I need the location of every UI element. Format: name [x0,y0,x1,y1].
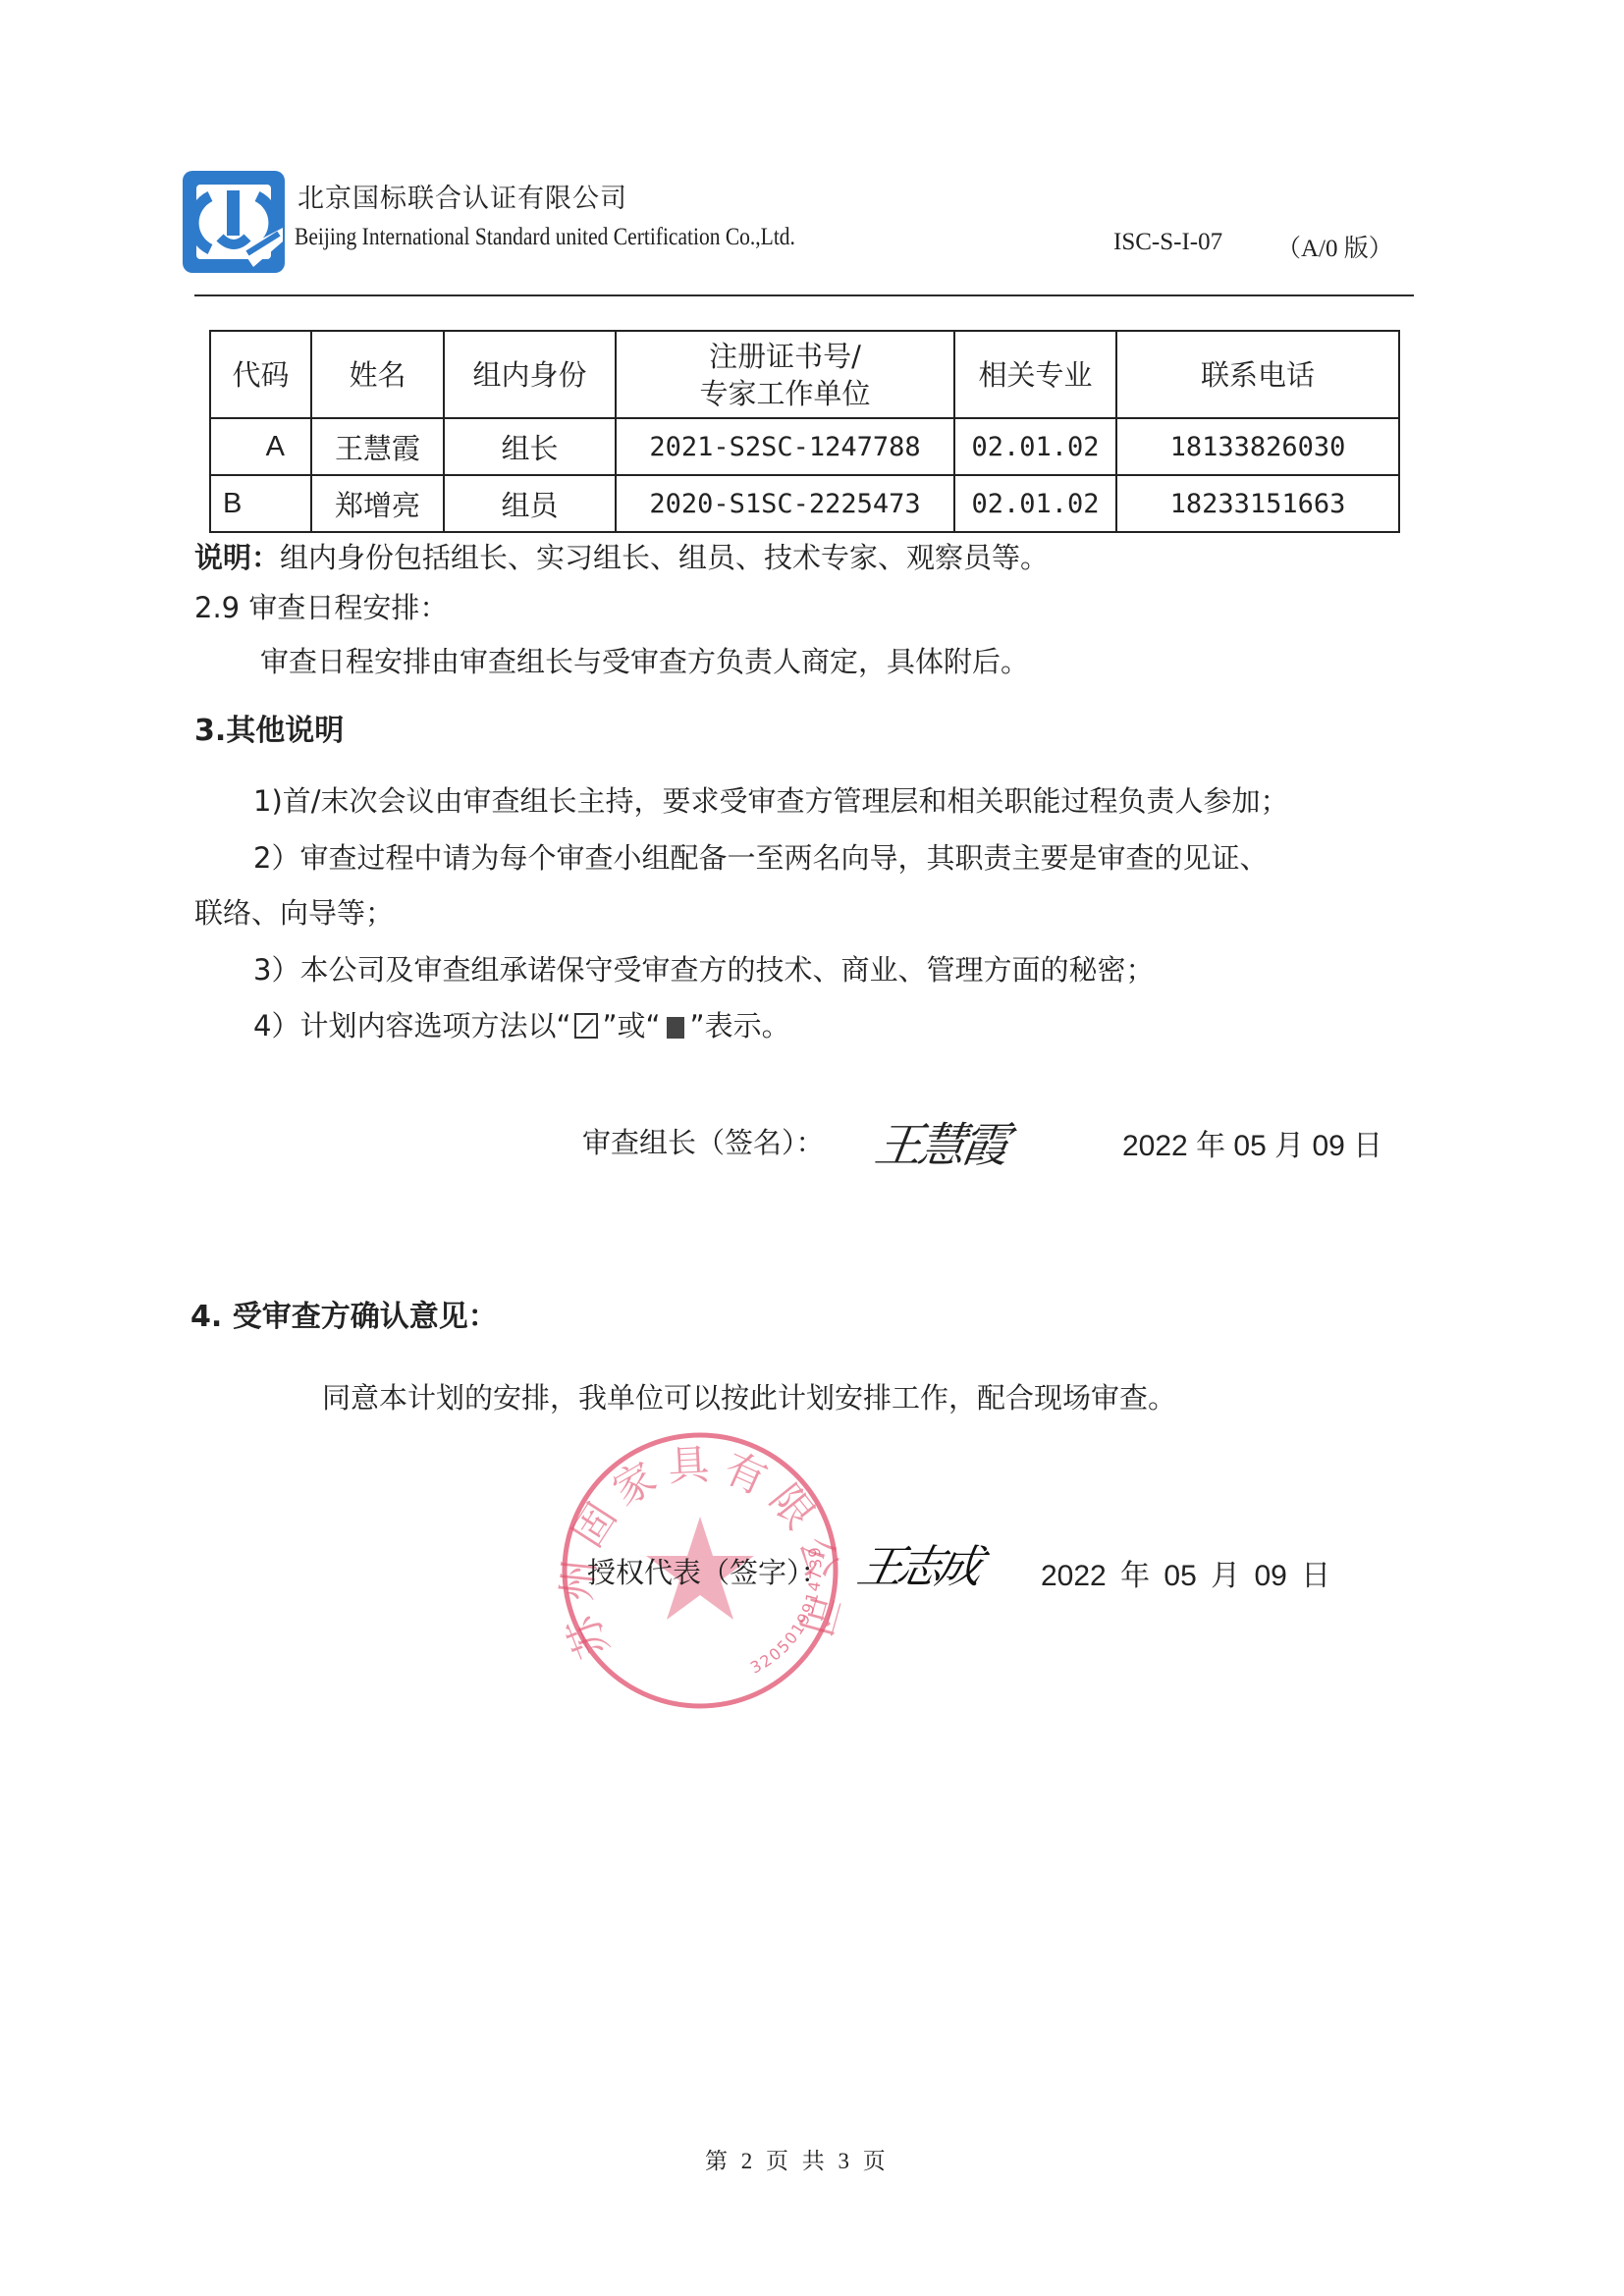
section-2-9-text: 审查日程安排由审查组长与受审查方负责人商定，具体附后。 [260,640,1029,680]
section-3-item-3: 3）本公司及审查组承诺保守受审查方的技术、商业、管理方面的秘密； [253,948,1154,988]
header-cert: 注册证书号/ 专家工作单位 [616,331,954,418]
section-2-9-title: 2.9 审查日程安排： [194,586,448,626]
header-divider [194,294,1414,296]
auditee-signature-date: 2022 年 05 月 09 日 [1041,1551,1330,1594]
cell-cert: 2021-S2SC-1247788 [616,418,954,475]
cell-code: A [210,418,311,475]
section-3-item-2-cont: 联络、向导等； [194,891,394,932]
section-3-item-4: 4）计划内容选项方法以“”或“”表示。 [253,1004,790,1044]
cell-specialty: 02.01.02 [954,418,1116,475]
leader-signature: 王慧霞 [871,1107,1010,1175]
cell-role: 组员 [444,475,616,532]
cell-phone: 18133826030 [1116,418,1399,475]
cell-specialty: 02.01.02 [954,475,1116,532]
audit-team-table: 代码 姓名 组内身份 注册证书号/ 专家工作单位 相关专业 联系电话 A 王慧霞… [209,330,1400,533]
table-row: B 郑增亮 组员 2020-S1SC-2225473 02.01.02 1823… [210,475,1399,532]
cell-cert: 2020-S1SC-2225473 [616,475,954,532]
header-role: 组内身份 [444,331,616,418]
header-cert-line2: 专家工作单位 [617,375,953,412]
document-version: （A/0 版） [1276,229,1393,264]
section-3-item-1: 1)首/末次会议由审查组长主持，要求受审查方管理层和相关职能过程负责人参加； [253,779,1289,820]
leader-signature-label: 审查组长（签名）： [582,1121,825,1161]
header-name: 姓名 [311,331,444,418]
leader-signature-date: 2022 年 05 月 09 日 [1122,1121,1382,1164]
header-phone: 联系电话 [1116,331,1399,418]
table-header-row: 代码 姓名 组内身份 注册证书号/ 专家工作单位 相关专业 联系电话 [210,331,1399,418]
note-label: 说明： [194,541,280,574]
company-name-cn: 北京国标联合认证有限公司 [298,177,627,215]
item4-suffix: ”表示。 [690,1009,790,1042]
cell-name: 郑增亮 [311,475,444,532]
filled-box-icon [667,1017,684,1039]
section-4-title: 4. 受审查方确认意见： [190,1292,498,1335]
cell-role: 组长 [444,418,616,475]
page-number: 第 2 页 共 3 页 [705,2143,886,2175]
auditee-signature-label: 授权代表（签字）： [587,1551,830,1591]
section-3-item-2: 2）审查过程中请为每个审查小组配备一至两名向导，其职责主要是审查的见证、 [253,836,1268,877]
company-name-en: Beijing International Standard united Ce… [295,224,795,251]
cell-phone: 18233151663 [1116,475,1399,532]
cell-code: B [210,475,311,532]
header-cert-line1: 注册证书号/ [617,338,953,375]
item4-prefix: 4）计划内容选项方法以“ [253,1009,570,1042]
table-row: A 王慧霞 组长 2021-S2SC-1247788 02.01.02 1813… [210,418,1399,475]
auditee-signature: 王志成 [852,1531,984,1596]
note-text: 组内身份包括组长、实习组长、组员、技术专家、观察员等。 [280,541,1049,574]
company-logo-icon [181,169,287,277]
table-note: 说明：组内身份包括组长、实习组长、组员、技术专家、观察员等。 [194,536,1049,576]
section-4-text: 同意本计划的安排，我单位可以按此计划安排工作，配合现场审查。 [322,1376,1176,1416]
checked-box-icon [574,1013,598,1039]
header-code: 代码 [210,331,311,418]
document-code: ISC-S-I-07 [1113,229,1222,256]
cell-name: 王慧霞 [311,418,444,475]
section-3-title: 3.其他说明 [194,706,344,749]
header-specialty: 相关专业 [954,331,1116,418]
item4-mid: ”或“ [602,1009,660,1042]
